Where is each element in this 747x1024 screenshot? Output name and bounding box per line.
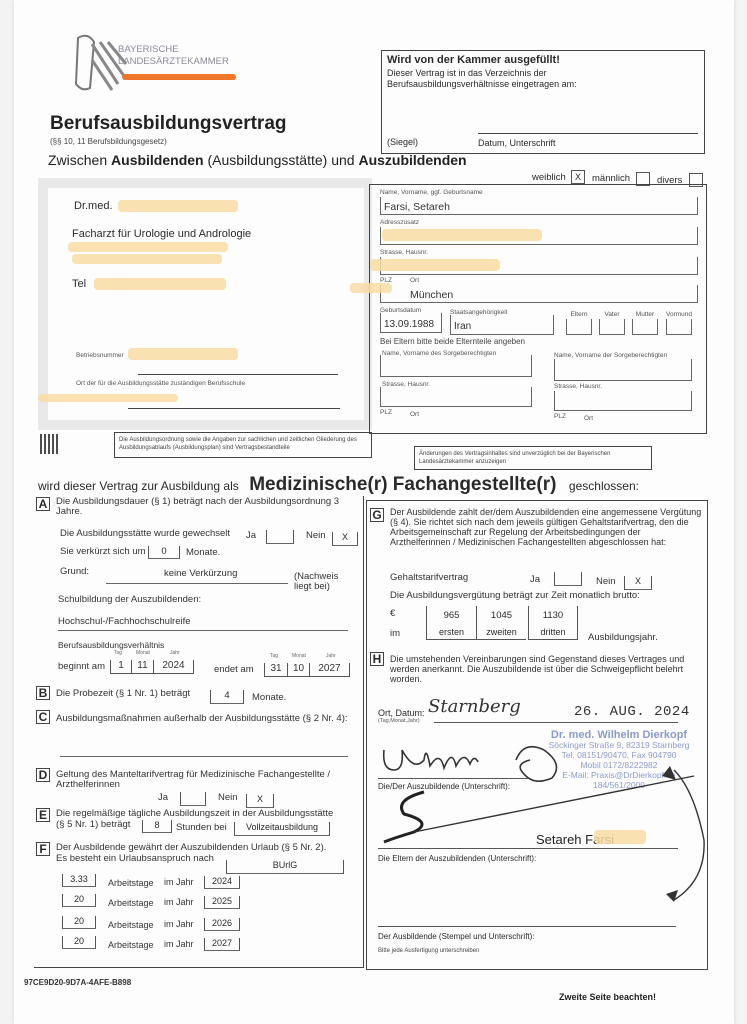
section-d-letter: D: [36, 768, 50, 782]
probation-months-field[interactable]: 4: [210, 690, 244, 704]
changed-nein-checkbox[interactable]: X: [332, 532, 358, 546]
date-header-year: Jahr: [170, 650, 180, 656]
section-g-letter: G: [370, 508, 384, 522]
probation-prefix: Die Probezeit (§ 1 Nr. 1) beträgt: [56, 688, 190, 699]
section-f-text-1: Der Ausbildende gewährt der Auszubildend…: [56, 842, 326, 853]
pay-year: ersten: [427, 627, 476, 637]
section-a-text: Die Ausbildungsdauer (§ 1) beträgt nach …: [56, 497, 346, 517]
probation-suffix: Monate.: [252, 692, 286, 703]
note-box-right: Änderungen des Vertragsinhaltes sind unv…: [414, 446, 652, 470]
tariff-nein-checkbox[interactable]: X: [246, 794, 274, 808]
employer-specialty: Facharzt für Urologie und Andrologie: [72, 228, 251, 240]
chamber-text-2: Berufsausbildungsverhältnisse eingetrage…: [387, 79, 577, 90]
workdays-label: Arbeitstage: [108, 898, 154, 908]
logo-text: BAYERISCHE LANDESÄRZTEKAMMER: [118, 44, 229, 68]
guardian-option-checkbox[interactable]: [666, 319, 692, 335]
sign-note: Bitte jede Ausfertigung unterschreiben: [378, 948, 479, 954]
guardian1-plz-label: PLZ: [380, 409, 392, 416]
logo-line-1: BAYERISCHE: [118, 44, 229, 56]
trainee-name-value: Farsi, Setareh: [384, 201, 450, 213]
ort-label: Ort: [410, 277, 419, 284]
section-e-text-2: (§ 5 Nr. 1) beträgt: [56, 819, 130, 830]
vacation-year-field[interactable]: 2027: [204, 938, 240, 951]
section-a-letter: A: [36, 497, 50, 511]
guardian-option-label: Eltern: [566, 311, 592, 318]
shortened-prefix: Sie verkürzt sich um: [60, 546, 146, 557]
section-f-letter: F: [36, 842, 50, 856]
vacation-days-field[interactable]: 20: [62, 916, 96, 929]
seal-label: (Siegel): [387, 137, 418, 147]
reason-label: Grund:: [60, 566, 89, 577]
address-extra-label: Adresszusatz: [380, 219, 419, 226]
page-title: Berufsausbildungsvertrag: [50, 113, 287, 135]
vacation-year-field[interactable]: 2024: [204, 876, 240, 889]
employer-name: Dr.med.: [74, 200, 113, 212]
vacation-law-field[interactable]: BUrlG: [226, 860, 344, 874]
qr-code: [40, 434, 60, 454]
ends-label: endet am: [214, 664, 254, 675]
changed-label: Die Ausbildungsstätte wurde gewechselt: [60, 528, 230, 539]
contract-line: wird dieser Vertrag zur Ausbildung als M…: [38, 474, 639, 496]
chamber-box-text: Dieser Vertrag ist in das Verzeichnis de…: [387, 68, 577, 90]
guardian2-name-field[interactable]: [554, 359, 692, 381]
chamber-text-1: Dieser Vertrag ist in das Verzeichnis de…: [387, 68, 577, 79]
salary-nein-label: Nein: [596, 576, 616, 587]
salary-ja-checkbox[interactable]: [554, 572, 582, 586]
document-id: 97CE9D20-9D7A-4AFE-B898: [24, 978, 131, 987]
proof-note: (Nachweis liegt bei): [294, 572, 344, 592]
guardian-option-checkbox[interactable]: [599, 319, 625, 335]
end-month[interactable]: 10: [288, 663, 310, 677]
salary-tariff-label: Gehaltstarifvertrag: [390, 572, 468, 583]
guardian2-plz-label: PLZ: [554, 413, 566, 420]
end-year[interactable]: 2027: [310, 663, 350, 677]
contract-suffix: geschlossen:: [569, 479, 639, 493]
contract-page: BAYERISCHE LANDESÄRZTEKAMMER Berufsausbi…: [14, 0, 734, 1024]
parties-heading: Zwischen Ausbildenden (Ausbildungsstätte…: [48, 152, 467, 168]
tariff-ja-label: Ja: [158, 792, 168, 803]
changed-ja-label: Ja: [246, 530, 256, 541]
between-prefix: Zwischen: [48, 152, 111, 168]
between-employer: Ausbildenden: [111, 152, 204, 168]
guardian-option-label: Vormund: [664, 311, 694, 318]
vacation-days-field[interactable]: 20: [62, 936, 96, 949]
workdays-label: Arbeitstage: [108, 940, 154, 950]
gender-female-checkbox[interactable]: X: [571, 170, 585, 184]
start-day[interactable]: 1: [110, 660, 132, 674]
guardian2-street-field[interactable]: [554, 391, 692, 411]
redaction-mark: [122, 74, 236, 80]
second-page-note: Zweite Seite beachten!: [559, 992, 656, 1002]
tariff-ja-checkbox[interactable]: [180, 792, 206, 806]
place-handwritten: Starnberg: [428, 696, 521, 717]
section-b-letter: B: [36, 686, 50, 700]
year-label: im Jahr: [164, 919, 194, 929]
guardian-option-checkbox[interactable]: [632, 319, 658, 335]
city-value: München: [410, 289, 453, 301]
guardian2-street-label: Strasse, Hausnr.: [554, 383, 602, 390]
shortened-suffix: Monate.: [186, 547, 220, 558]
guardian1-ort-label: Ort: [410, 411, 419, 418]
pay-year: dritten: [529, 627, 577, 637]
between-trainee: Auszubildenden: [358, 152, 466, 168]
guardian-option-label: Mutter: [632, 311, 658, 318]
training-mode-field[interactable]: Vollzeitausbildung: [234, 822, 330, 836]
employer-tel: Tel: [72, 278, 86, 290]
workdays-label: Arbeitstage: [108, 878, 154, 888]
pay-cell[interactable]: 1045zweiten: [476, 606, 526, 640]
pay-cell[interactable]: 1130dritten: [528, 606, 578, 640]
date-header-month: Monat: [136, 650, 150, 656]
vacation-year-field[interactable]: 2026: [204, 918, 240, 931]
pay-amount: 1130: [529, 610, 577, 621]
section-e-letter: E: [36, 808, 50, 822]
chamber-box-heading: Wird von der Kammer ausgefüllt!: [387, 54, 560, 66]
begins-label: beginnt am: [58, 661, 105, 672]
employer-box: Dr.med. Facharzt für Urologie und Androl…: [38, 178, 372, 430]
date-header-year: Jahr: [326, 653, 336, 659]
parents-note: Bei Eltern bitte beide Elternteile angeb…: [380, 337, 525, 346]
start-year[interactable]: 2024: [154, 660, 194, 674]
daily-hours-field[interactable]: 8: [142, 820, 172, 833]
date-stamp: 26. AUG. 2024: [574, 704, 690, 720]
gender-female-label: weiblich: [532, 172, 566, 183]
schooling-label: Schulbildung der Auszubildenden:: [58, 594, 201, 605]
salary-ja-label: Ja: [530, 574, 540, 585]
employer-signature-label: Der Ausbildende (Stempel und Unterschrif…: [378, 932, 535, 941]
guardian2-name-label: Name, Vorname der Sorgeberechtigten: [554, 352, 667, 359]
salary-nein-checkbox[interactable]: X: [624, 576, 652, 590]
vacation-days-field[interactable]: 20: [62, 894, 96, 907]
start-date[interactable]: Tag Monat Jahr 1 11 2024: [110, 650, 230, 678]
between-mid: (Ausbildungsstätte) und: [204, 152, 359, 168]
year-label: im Jahr: [164, 897, 194, 907]
betriebsnummer-label: Betriebsnummer: [76, 352, 124, 359]
training-year-suffix: Ausbildungsjahr.: [588, 632, 658, 643]
guardian-option-checkbox[interactable]: [566, 319, 592, 335]
street-label: Strasse, Hausnr.: [380, 249, 428, 256]
guardian-type-group: Eltern Vater Mutter Vormund: [566, 311, 706, 339]
reason-value[interactable]: keine Verkürzung: [164, 568, 237, 579]
section-d-text: Geltung des Manteltarifvertrag für Mediz…: [56, 770, 336, 790]
section-e-text-1: Die regelmäßige tägliche Ausbildungszeit…: [56, 808, 333, 819]
end-day[interactable]: 31: [264, 663, 288, 677]
guardian1-street-field[interactable]: [380, 387, 532, 407]
chamber-box: Wird von der Kammer ausgefüllt! Dieser V…: [381, 50, 705, 154]
place-date-sublabel: (Tag,Monat,Jahr): [378, 718, 420, 724]
changed-ja-checkbox[interactable]: [266, 530, 294, 544]
guardian-option-label: Vater: [599, 311, 625, 318]
tariff-nein-label: Nein: [218, 792, 238, 803]
section-c-letter: C: [36, 710, 50, 724]
date-sign-label: Datum, Unterschrift: [478, 138, 556, 148]
trainee-name-label: Name, Vorname, ggf. Geburtsname: [380, 189, 483, 196]
section-g-text: Der Ausbildende zahlt der/dem Auszubilde…: [390, 507, 702, 547]
pay-amount: 1045: [477, 610, 526, 621]
place-date-label: Ort, Datum:: [378, 708, 425, 718]
hours-suffix: Stunden bei: [176, 822, 227, 833]
page-subtitle: (§§ 10, 11 Berufsbildungsgesetz): [50, 137, 167, 146]
changed-nein-label: Nein: [306, 530, 326, 541]
year-label: im Jahr: [164, 939, 194, 949]
pay-year: zweiten: [477, 627, 526, 637]
guardian2-ort-label: Ort: [584, 415, 593, 422]
date-header-month: Monat: [292, 653, 306, 659]
logo-line-2: LANDESÄRZTEKAMMER: [118, 56, 229, 68]
in-label: im: [390, 628, 400, 639]
section-h-text: Die umstehenden Vereinbarungen sind Gege…: [390, 654, 702, 684]
section-f-text-2: Es besteht ein Urlaubsanspruch nach: [56, 853, 214, 864]
birthdate-value: 13.09.1988: [384, 319, 434, 330]
parents-signature-label: Die Eltern der Auszubildenden (Unterschr…: [378, 854, 536, 863]
guardian1-name-field[interactable]: [380, 355, 532, 377]
school-label: Ort der für die Ausbildungsstätte zustän…: [76, 380, 245, 387]
trainee-signature-label: Die/Der Auszubildende (Unterschrift):: [378, 782, 510, 791]
date-header-day: Tag: [270, 653, 278, 659]
start-month[interactable]: 11: [132, 660, 154, 674]
relation-label: Berufsausbildungsverhältnis: [58, 640, 164, 650]
currency-label: €: [390, 608, 395, 619]
schooling-value[interactable]: Hochschul-/Fachhochschulreife: [58, 616, 191, 627]
gender-male-label: männlich: [592, 173, 630, 184]
shortened-months-field[interactable]: 0: [148, 546, 180, 559]
section-h-letter: H: [370, 652, 384, 666]
workdays-label: Arbeitstage: [108, 920, 154, 930]
note-box-left: Die Ausbildungsordnung sowie die Angaben…: [114, 432, 372, 458]
pay-amount: 965: [427, 610, 476, 621]
pay-label: Die Ausbildungsvergütung beträgt zur Zei…: [390, 590, 640, 601]
trainee-box: Name, Vorname, ggf. Geburtsname Farsi, S…: [369, 184, 707, 434]
contract-prefix: wird dieser Vertrag zur Ausbildung als: [38, 479, 239, 493]
date-header-day: Tag: [114, 650, 122, 656]
pay-cell[interactable]: 965ersten: [426, 606, 476, 640]
vacation-year-field[interactable]: 2025: [204, 896, 240, 909]
year-label: im Jahr: [164, 877, 194, 887]
external-measures-line[interactable]: [60, 756, 348, 757]
section-c-text: Ausbildungsmaßnahmen außerhalb der Ausbi…: [56, 713, 348, 724]
nationality-value: Iran: [454, 321, 471, 332]
profession-title: Medizinische(r) Fachangestellte(r): [249, 474, 556, 495]
signature-drawing: [374, 730, 734, 910]
vacation-days-field[interactable]: 3.33: [62, 874, 96, 887]
